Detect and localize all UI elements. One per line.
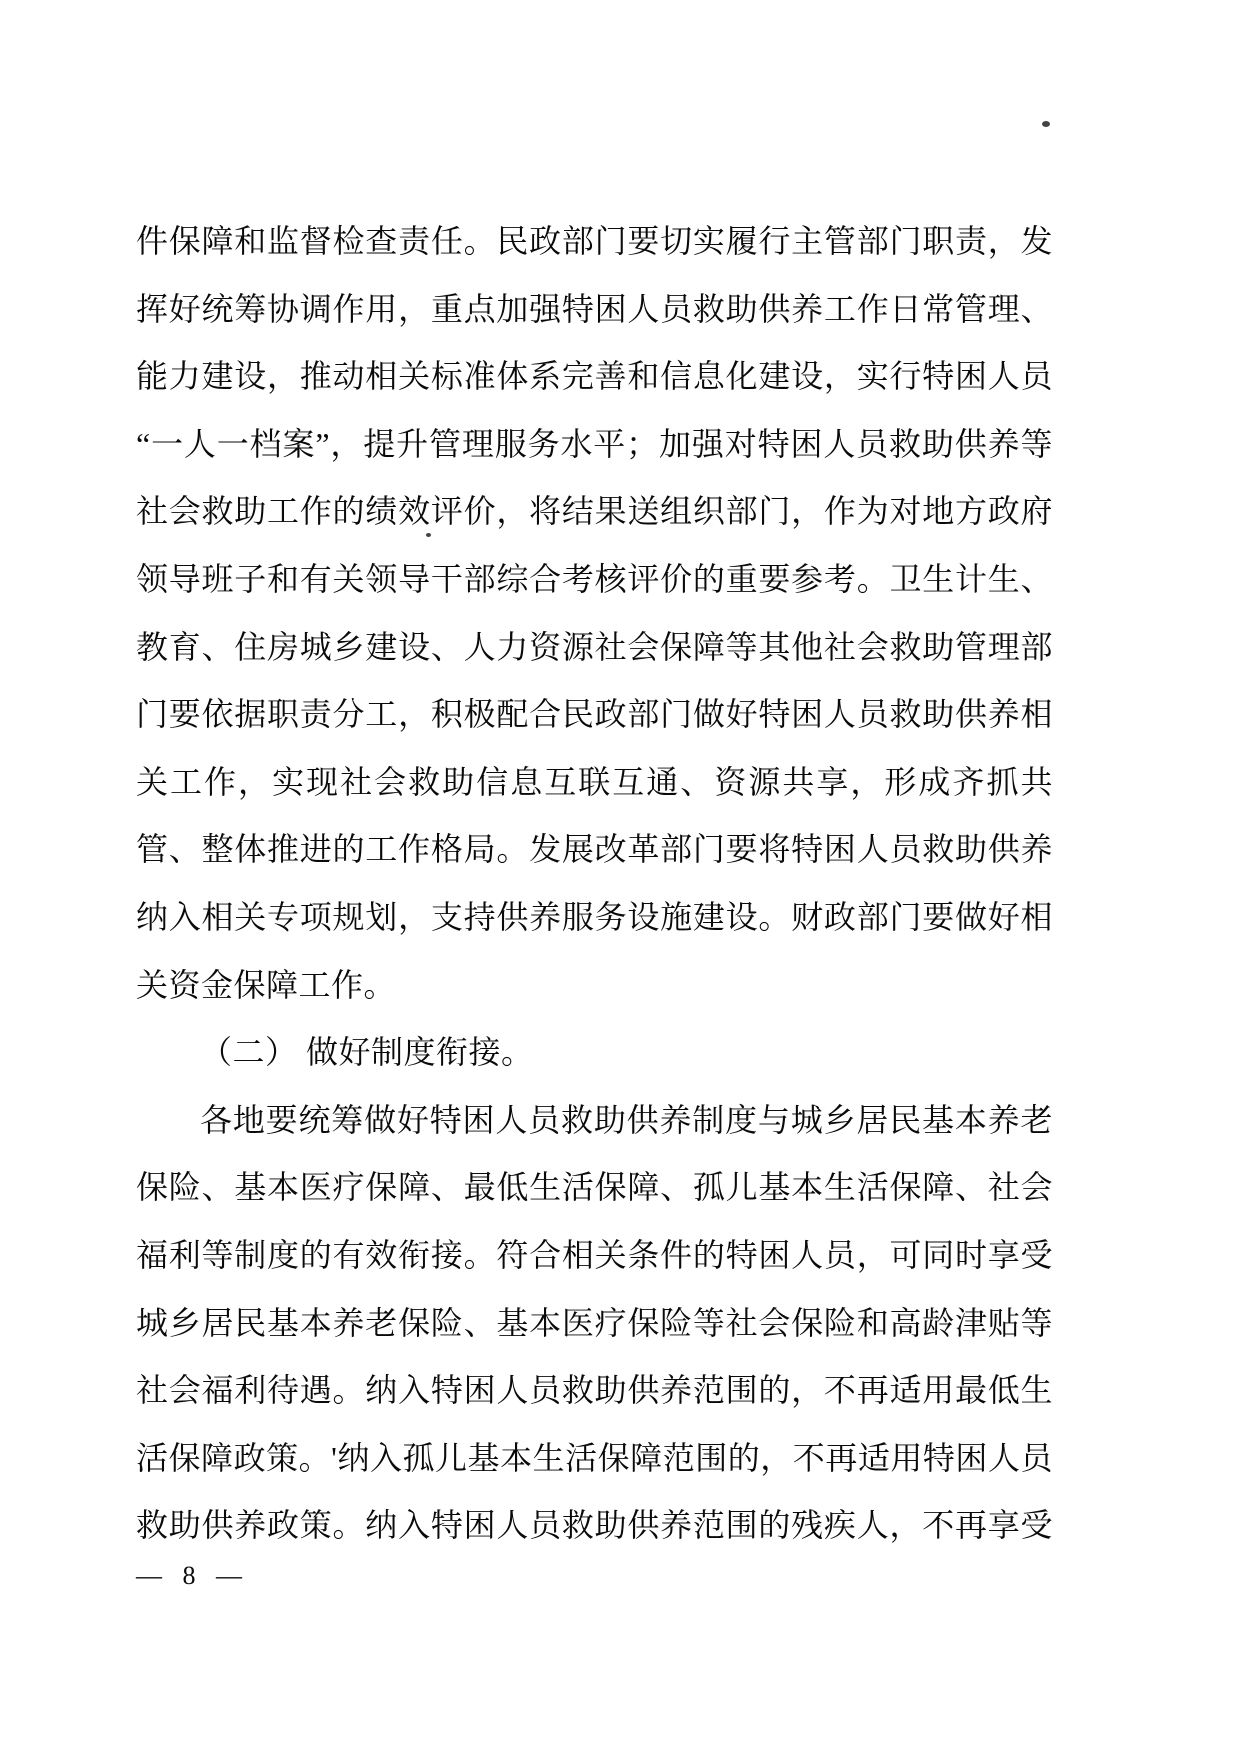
text-line: 关资金保障工作。 [136, 952, 1053, 1020]
document-page: 件保障和监督检查责任。民政部门要切实履行主管部门职责，发 挥好统筹协调作用，重点… [0, 0, 1241, 1754]
text-line: 各地要统筹做好特困人员救助供养制度与城乡居民基本养老 [136, 1087, 1053, 1155]
text-line: 福利等制度的有效衔接。符合相关条件的特困人员，可同时享受 [136, 1222, 1053, 1290]
footer-dash-left: — [136, 1556, 162, 1596]
document-body: 件保障和监督检查责任。民政部门要切实履行主管部门职责，发 挥好统筹协调作用，重点… [136, 208, 1053, 1560]
page-number: 8 [183, 1556, 196, 1596]
text-line: 能力建设，推动相关标准体系完善和信息化建设，实行特困人员 [136, 343, 1053, 411]
text-line: 领导班子和有关领导干部综合考核评价的重要参考。卫生计生、 [136, 546, 1053, 614]
text-line: 社会福利待遇。纳入特困人员救助供养范围的，不再适用最低生 [136, 1357, 1053, 1425]
page-footer: — 8 — [136, 1556, 242, 1596]
text-line: 管、整体推进的工作格局。发展改革部门要将特困人员救助供养 [136, 816, 1053, 884]
text-line: 纳入相关专项规划，支持供养服务设施建设。财政部门要做好相 [136, 884, 1053, 952]
footer-dash-right: — [216, 1556, 242, 1596]
text-line: 门要依据职责分工，积极配合民政部门做好特困人员救助供养相 [136, 681, 1053, 749]
text-line: 件保障和监督检查责任。民政部门要切实履行主管部门职责，发 [136, 208, 1053, 276]
text-line: 社会救助工作的绩效评价，将结果送组织部门，作为对地方政府 [136, 478, 1053, 546]
section-heading: （二） 做好制度衔接。 [136, 1019, 1053, 1087]
text-line: 活保障政策。'纳入孤儿基本生活保障范围的，不再适用特困人员 [136, 1425, 1053, 1493]
text-line: 救助供养政策。纳入特困人员救助供养范围的残疾人，不再享受 [136, 1492, 1053, 1560]
scan-speck [1042, 121, 1050, 127]
text-line: 城乡居民基本养老保险、基本医疗保险等社会保险和高龄津贴等 [136, 1290, 1053, 1358]
text-line: 关工作，实现社会救助信息互联互通、资源共享，形成齐抓共 [136, 749, 1053, 817]
text-line: “一人一档案”，提升管理服务水平；加强对特困人员救助供养等 [136, 411, 1053, 479]
text-line: 保险、基本医疗保障、最低生活保障、孤儿基本生活保障、社会 [136, 1154, 1053, 1222]
text-line: 教育、住房城乡建设、人力资源社会保障等其他社会救助管理部 [136, 614, 1053, 682]
text-line: 挥好统筹协调作用，重点加强特困人员救助供养工作日常管理、 [136, 276, 1053, 344]
